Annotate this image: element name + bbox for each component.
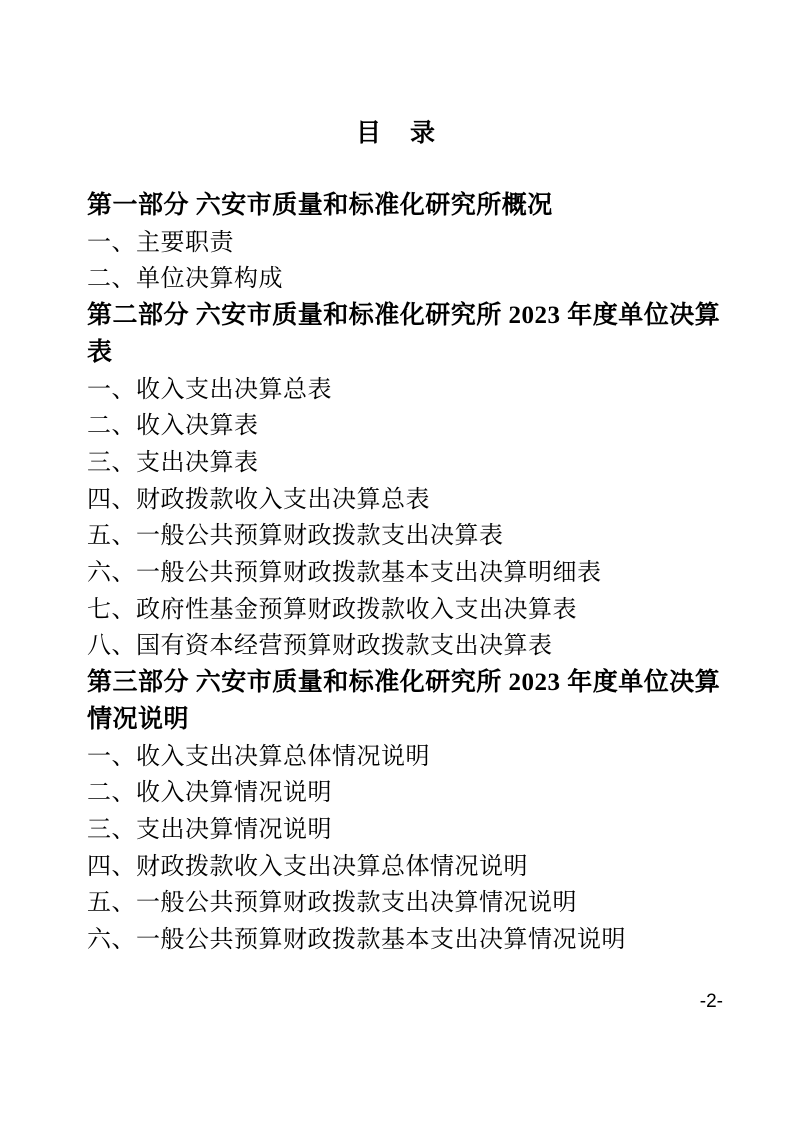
toc-section-1-heading: 第一部分 六安市质量和标准化研究所概况 (87, 188, 727, 225)
toc-entry: 二、收入决算表 (87, 408, 727, 445)
toc-entry: 一、收入支出决算总表 (87, 372, 727, 409)
toc-entry: 三、支出决算情况说明 (87, 812, 727, 849)
toc-section-2-heading-line-1: 第二部分 六安市质量和标准化研究所 2023 年度单位决算 (87, 298, 727, 335)
toc-entry: 六、一般公共预算财政拨款基本支出决算明细表 (87, 555, 727, 592)
toc-entry: 二、收入决算情况说明 (87, 775, 727, 812)
toc-section-3-heading-line-2: 情况说明 (87, 702, 727, 739)
toc-entry: 五、一般公共预算财政拨款支出决算表 (87, 518, 727, 555)
document-page: 目 录 第一部分 六安市质量和标准化研究所概况 一、主要职责 二、单位决算构成 … (0, 0, 793, 1122)
toc-list: 第一部分 六安市质量和标准化研究所概况 一、主要职责 二、单位决算构成 第二部分… (87, 188, 727, 959)
toc-title: 目 录 (0, 117, 793, 151)
page-number: -2- (700, 991, 723, 1013)
toc-entry: 四、财政拨款收入支出决算总体情况说明 (87, 849, 727, 886)
toc-entry: 三、支出决算表 (87, 445, 727, 482)
toc-entry: 二、单位决算构成 (87, 261, 727, 298)
toc-entry: 七、政府性基金预算财政拨款收入支出决算表 (87, 592, 727, 629)
toc-section-2-heading-line-2: 表 (87, 335, 727, 372)
toc-entry: 一、主要职责 (87, 225, 727, 262)
toc-entry: 六、一般公共预算财政拨款基本支出决算情况说明 (87, 922, 727, 959)
toc-entry: 五、一般公共预算财政拨款支出决算情况说明 (87, 885, 727, 922)
toc-entry: 四、财政拨款收入支出决算总表 (87, 482, 727, 519)
toc-entry: 八、国有资本经营预算财政拨款支出决算表 (87, 628, 727, 665)
toc-section-3-heading-line-1: 第三部分 六安市质量和标准化研究所 2023 年度单位决算 (87, 665, 727, 702)
toc-entry: 一、收入支出决算总体情况说明 (87, 739, 727, 776)
